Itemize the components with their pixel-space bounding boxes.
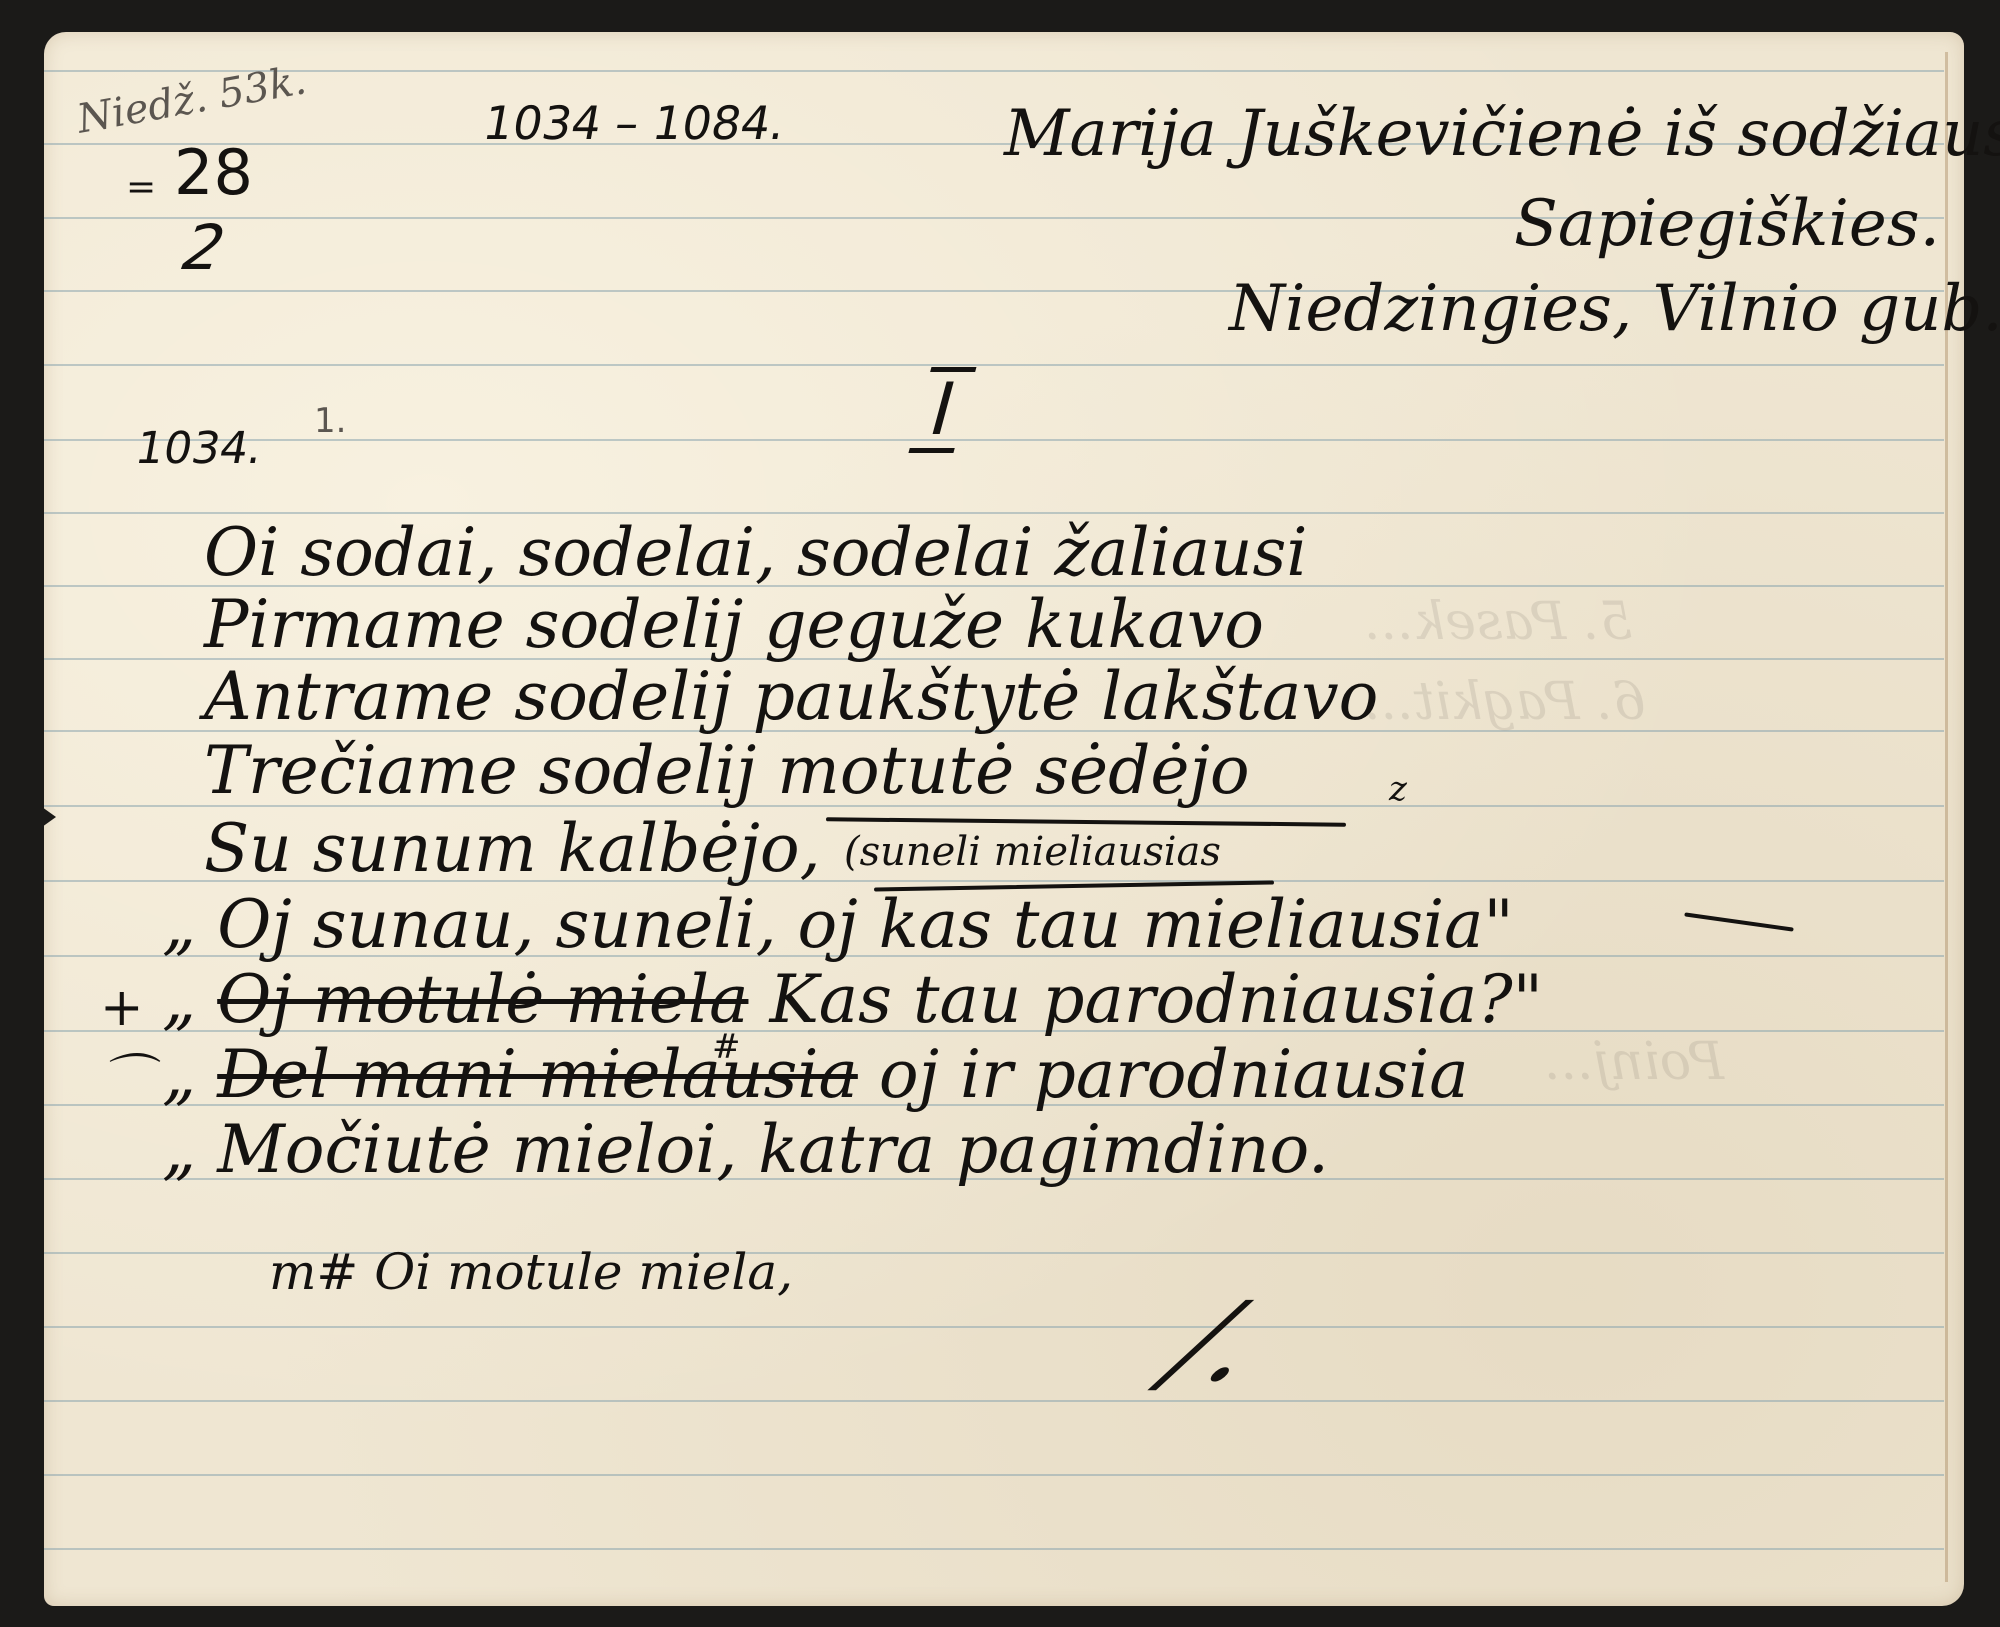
rule-line [44,364,1944,366]
line-4-suffix: z [1389,772,1407,806]
district-line: Niedzingies, Vilnio gub. [1229,277,2000,341]
song-line-4: Trečiame sodelij motutė sėdėjo [204,738,1250,804]
rule-line [44,1326,1944,1328]
margin-number-bottom: 2 [173,217,235,279]
rule-line [44,70,1944,72]
rule-line [44,1548,1944,1550]
bleed-through: 5. Pasek... [1364,592,1632,652]
struck-text: Del mani mielausia [217,1036,858,1113]
song-line-9-text: Močiutė mieloi, katra pagimdino. [217,1111,1329,1188]
item-number: 1. [314,404,346,438]
arc-mark: ⌒ [100,1054,152,1106]
song-line-8: „ Del mani mielausia oj ir parodniausia [162,1042,1469,1108]
quote-mark: „ [162,1111,196,1188]
rule-line [44,1400,1944,1402]
footnote-marker: m# [269,1243,358,1301]
song-range: 1034 – 1084. [480,100,789,146]
song-line-7: „ Oj motulė miela Kas tau parodniausia?" [162,967,1543,1033]
archive-reference: Niedž. 53k. [74,60,309,140]
song-line-6-text: Oj sunau, suneli, oj kas tau mieliausia" [217,886,1514,963]
song-line-7-text: Kas tau parodniausia?" [769,961,1543,1038]
bleed-through: Poinj... [1544,1032,1724,1092]
footnote: m# Oi motule miela, [269,1247,793,1297]
margin-equals-mark: = [126,170,156,206]
song-line-2: Pirmame sodelij geguže kukavo [204,592,1264,658]
song-number: 1034. [132,427,266,471]
village-line: Sapiegiškies. [1514,192,1940,256]
margin-number-top: 28 [174,142,253,204]
insertion-note: (suneli mieliausias [844,832,1221,872]
manuscript-page: 5. Pasek... 6. Pagkit... Poinj... Niedž.… [44,32,1964,1606]
song-line-1: Oi sodai, sodelai, sodelai žaliausi [204,520,1308,586]
check-mark: /. [1152,1287,1288,1397]
underline-mark [826,817,1346,826]
quote-mark: „ [162,961,196,1038]
bleed-through: 6. Pagkit... [1364,672,1646,732]
song-line-3: Antrame sodelij paukštytė lakštavo [204,664,1378,730]
dash-mark [1684,912,1793,931]
song-line-6: „ Oj sunau, suneli, oj kas tau mieliausi… [162,892,1514,958]
song-line-5: Su sunum kalbėjo, [204,816,821,882]
song-line-8-text: oj ir parodniausia [879,1036,1469,1113]
cross-mark: + [100,982,144,1034]
footnote-text: Oi motule miela, [374,1243,793,1301]
song-line-4-text: Trečiame sodelij motutė sėdėjo [204,732,1250,809]
singer-name-line: Marija Juškevičienė iš sodžiaus [1004,102,2000,166]
struck-text: Oj motulė miela [217,961,748,1038]
quote-mark: „ [162,1036,196,1113]
rule-line [44,1474,1944,1476]
quote-mark: „ [162,886,196,963]
song-line-9: „ Močiutė mieloi, katra pagimdino. [162,1117,1329,1183]
binding-notch [42,807,56,827]
